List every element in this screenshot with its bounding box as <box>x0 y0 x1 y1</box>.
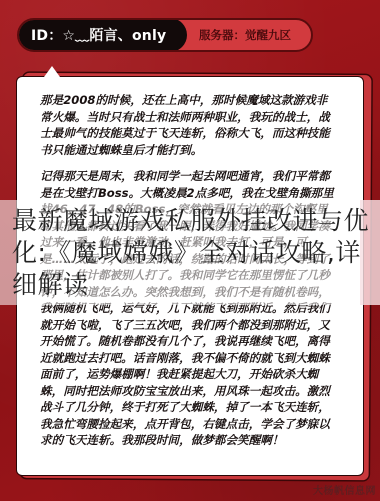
user-info-bar: ID：☆﹏陌言、only 服务器：觉醒九区 <box>17 18 313 52</box>
story-paragraph-1: 那是2008的时候，还在上高中，那时候魔域这款游戏非常火爆。当时只有战士和法师两… <box>40 92 334 158</box>
speech-bubble-tail <box>44 66 60 77</box>
site-watermark: 大杨帆信息网 <box>313 482 376 497</box>
article-headline: 最新魔域游戏私服外挂改进与优化:《魔域嫦娥》全对话攻略,详细解读 <box>12 205 377 301</box>
server-label: 服务器：觉醒九区 <box>199 20 291 50</box>
player-id-badge: ID：☆﹏陌言、only <box>17 18 187 52</box>
player-id-label: ID：☆﹏陌言、only <box>31 25 166 45</box>
